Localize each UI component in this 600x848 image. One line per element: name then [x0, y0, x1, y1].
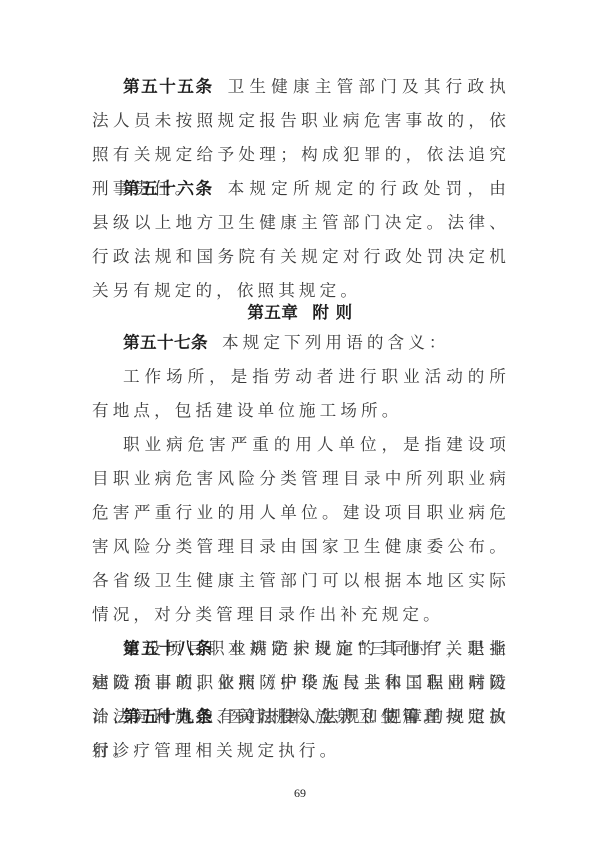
article-number: 第五十七条	[123, 333, 208, 352]
article-paragraph: 第五十六条本规定所规定的行政处罚，由县级以上地方卫生健康主管部门决定。法律、行政…	[92, 172, 510, 308]
article-number: 第五十九条	[123, 707, 214, 726]
chapter-number: 第五章	[247, 303, 298, 322]
chapter-heading: 第五章附 则	[0, 299, 600, 323]
article-56: 第五十六条本规定所规定的行政处罚，由县级以上地方卫生健康主管部门决定。法律、行政…	[92, 172, 510, 308]
article-number: 第五十八条	[123, 639, 214, 658]
article-59: 第五十九条医疗机构放射卫生管理按照放射诊疗管理相关规定执行。	[92, 700, 510, 768]
article-number: 第五十五条	[123, 77, 214, 96]
article-text: 本规定下列用语的含义：	[222, 333, 450, 352]
article-paragraph: 第五十七条本规定下列用语的含义：	[92, 326, 510, 360]
document-page: 第五十五条卫生健康主管部门及其行政执法人员未按照规定报告职业病危害事故的，依照有…	[0, 0, 600, 848]
article-paragraph: 第五十九条医疗机构放射卫生管理按照放射诊疗管理相关规定执行。	[92, 700, 510, 768]
chapter-title: 附 则	[312, 303, 352, 322]
article-number: 第五十六条	[123, 179, 214, 198]
page-number: 69	[0, 786, 600, 801]
definition-severe-hazard-employer: 职业病危害严重的用人单位，是指建设项目职业病危害风险分类管理目录中所列职业病危害…	[92, 428, 510, 632]
definition-workplace: 工作场所，是指劳动者进行职业活动的所有地点，包括建设单位施工场所。	[92, 360, 510, 428]
